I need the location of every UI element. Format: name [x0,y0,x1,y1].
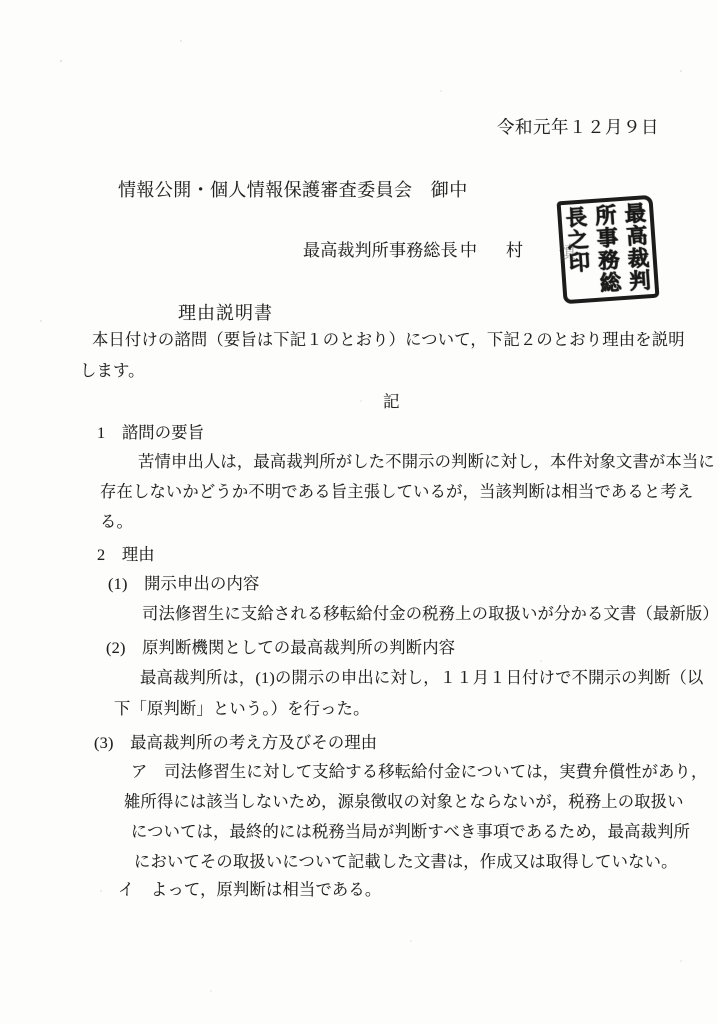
body-line: 存在しないかどうか不明である旨主張しているが，当該判断は相当であると考え [100,482,693,502]
sender-title: 最高裁判所事務総長 [303,241,458,261]
body-line: ア 司法修習生に対して支給する移転給付金については，実費弁償性があり， [131,762,708,782]
section2-heading: 2 理由 [97,545,155,565]
intro-line: 本日付けの諮問（要旨は下記１のとおり）について，下記２のとおり理由を説明 [92,330,685,350]
addressee-line: 情報公開・個人情報保護審査委員会 御中 [118,180,468,202]
sender-family-name: 中 村 [460,241,529,261]
item3-heading: (3) 最高裁判所の考え方及びその理由 [94,733,377,753]
scan-noise [60,60,62,62]
body-line: においてその取扱いについて記載した文書は，作成又は取得していない。 [134,852,678,872]
official-seal-text: 最高裁判所事務総長之印 [562,201,654,298]
intro-line: します。 [80,361,145,381]
body-line: る。 [100,512,133,532]
item2-heading: (2) 原判断機関としての最高裁判所の判断内容 [106,638,455,658]
section1-heading: 1 諮問の要旨 [97,423,204,443]
body-line: 最高裁判所は，(1)の開示の申出に対し，１１月１日付けで不開示の判断（以 [140,668,703,688]
body-line: 苦情申出人は，最高裁判所がした不開示の判断に対し，本件対象文書が本当に [138,452,715,472]
scanned-document-page: 令和元年１２月９日 情報公開・個人情報保護審査委員会 御中 最高裁判所事務総長 … [0,0,718,1024]
body-line: イ よって，原判断は相当である。 [118,880,381,900]
body-line: 雑所得には該当しないため，源泉徴収の対象とならないが，税務上の取扱い [124,792,684,812]
item1-heading: (1) 開示申出の内容 [108,574,259,594]
body-line: 司法修習生に支給される移転給付金の税務上の取扱いが分かる文書（最新版） [142,604,718,624]
official-seal: 最高裁判所事務総長之印 [557,195,660,304]
document-date: 令和元年１２月９日 [497,117,659,138]
body-line: については，最終的には税務当局が判断すべき事項であるため，最高裁判所 [131,822,690,842]
ki-separator: 記 [383,392,400,412]
body-line: 下「原判断」という。）を行った。 [114,699,370,719]
document-title: 理由説明書 [178,303,273,325]
